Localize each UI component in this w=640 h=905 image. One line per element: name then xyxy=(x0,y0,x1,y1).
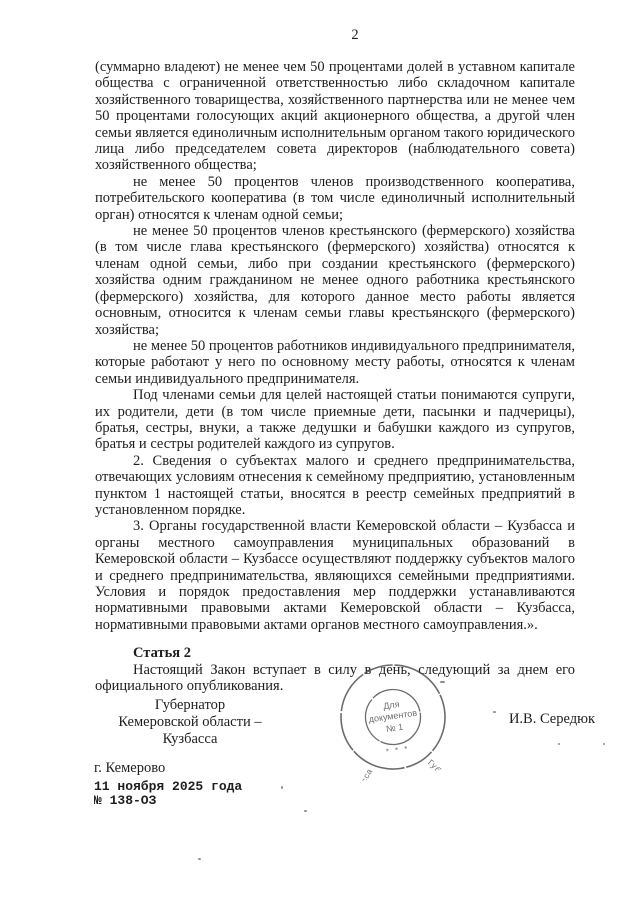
document-page: 2 (суммарно владеют) не менее чем 50 про… xyxy=(0,0,640,905)
body-paragraph: не менее 50 процентов членов производств… xyxy=(95,174,575,223)
stamp-ring-text: Губернатор Кемеровской области - Кузбасс… xyxy=(352,755,457,783)
governor-title: Губернатор Кемеровской области – Кузбасс… xyxy=(95,697,285,748)
official-stamp: Губернатор Кемеровской области - Кузбасс… xyxy=(326,650,459,783)
scan-speck xyxy=(462,317,464,319)
governor-title-line2: Кемеровской области – Кузбасса xyxy=(95,714,285,748)
document-body: (суммарно владеют) не менее чем 50 проце… xyxy=(95,59,575,694)
scan-speck xyxy=(558,743,560,745)
scan-speck xyxy=(603,743,605,745)
footer-doc-number: № 138-ОЗ xyxy=(94,794,242,808)
scan-speck xyxy=(440,681,445,683)
scan-speck xyxy=(198,858,201,860)
stamp-graphic: Губернатор Кемеровской области - Кузбасс… xyxy=(326,650,459,783)
governor-name: И.В. Середюк xyxy=(509,711,595,728)
stamp-stars: * * * xyxy=(385,744,410,756)
footer-block: г. Кемерово 11 ноября 2025 года № 138-ОЗ xyxy=(94,760,242,807)
article-2-heading: Статья 2 xyxy=(95,645,575,661)
scan-speck xyxy=(304,810,307,812)
body-paragraph: (суммарно владеют) не менее чем 50 проце… xyxy=(95,59,575,174)
stamp-center-line3: № 1 xyxy=(385,722,403,734)
footer-date: 11 ноября 2025 года xyxy=(94,780,242,794)
body-paragraph: Под членами семьи для целей настоящей ст… xyxy=(95,387,575,453)
body-paragraph: 3. Органы государственной власти Кемеров… xyxy=(95,518,575,633)
stamp-ring-text-holder: Губернатор Кемеровской области - Кузбасс… xyxy=(352,755,457,783)
governor-title-line1: Губернатор xyxy=(95,697,285,714)
stamp-center-line2: документов xyxy=(368,708,418,725)
footer-place: г. Кемерово xyxy=(94,760,242,777)
scan-speck xyxy=(493,711,496,713)
page-number: 2 xyxy=(95,27,575,43)
scan-speck xyxy=(281,786,283,789)
body-paragraph: не менее 50 процентов членов крестьянско… xyxy=(95,223,575,338)
body-paragraph: не менее 50 процентов работников индивид… xyxy=(95,338,575,387)
body-paragraph: 2. Сведения о субъектах малого и среднег… xyxy=(95,453,575,519)
